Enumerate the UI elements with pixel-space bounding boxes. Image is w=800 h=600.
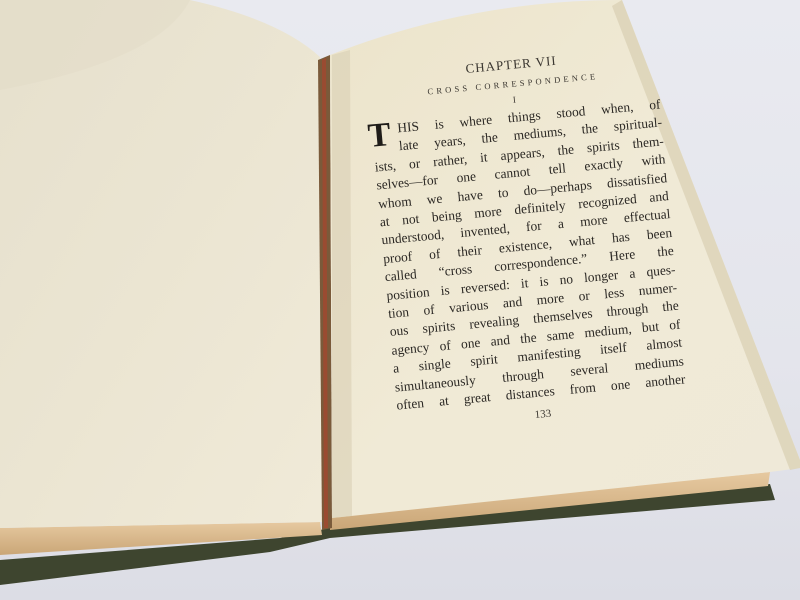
open-book bbox=[0, 0, 800, 600]
photo-scene: CHAPTER VII Cross Correspondence I T HIS… bbox=[0, 0, 800, 600]
right-page bbox=[330, 0, 800, 518]
